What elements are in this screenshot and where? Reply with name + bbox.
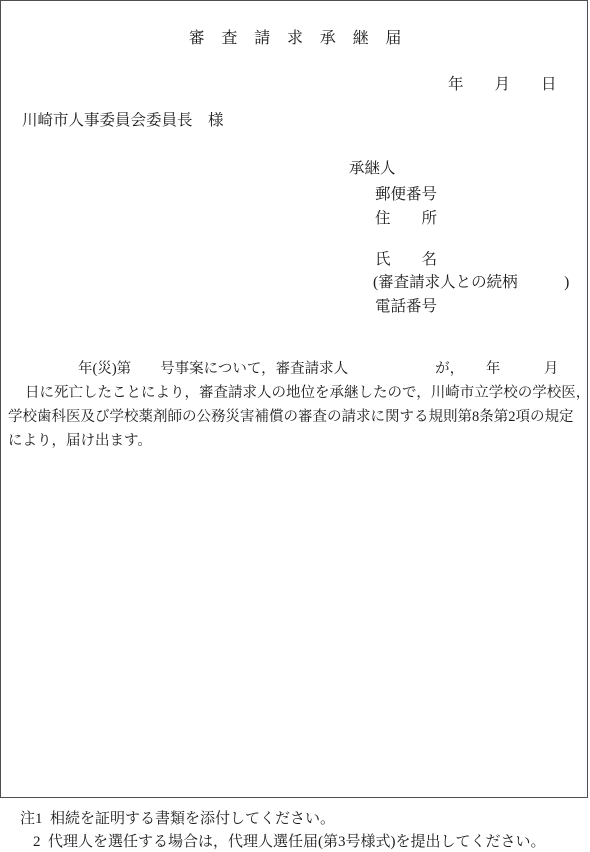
body-paragraph-line-3: 学校歯科医及び学校薬剤師の公務災害補償の審査の請求に関する規則第8条第2項の規定 [8, 409, 574, 426]
address-label: 住 所 [375, 210, 437, 228]
relation-to-claimant-label: (審査請求人との続柄 ) [373, 274, 569, 292]
footnote-2: 2 代理人を選任する場合は，代理人選任届(第3号様式)を提出してください。 [33, 834, 546, 851]
successor-heading: 承継人 [349, 160, 396, 178]
body-paragraph-line-1: 年(災)第 号事案について，審査請求人 が， 年 月 [78, 361, 558, 378]
name-label: 氏 名 [375, 251, 437, 269]
postal-code-label: 郵便番号 [375, 186, 437, 204]
document-page: 審査請求承継届 年 月 日 川崎市人事委員会委員長 様 承継人 郵便番号 住 所… [0, 0, 590, 852]
date-line: 年 月 日 [448, 76, 557, 94]
body-paragraph-line-4: により，届け出ます。 [8, 433, 152, 450]
addressee-line: 川崎市人事委員会委員長 様 [22, 112, 224, 130]
body-paragraph-line-2: 日に死亡したことにより，審査請求人の地位を承継したので，川崎市立学校の学校医， [25, 385, 590, 402]
form-title: 審査請求承継届 [0, 30, 590, 48]
phone-number-label: 電話番号 [375, 298, 437, 316]
footnote-1: 注1 相続を証明する書類を添付してください。 [20, 811, 335, 828]
